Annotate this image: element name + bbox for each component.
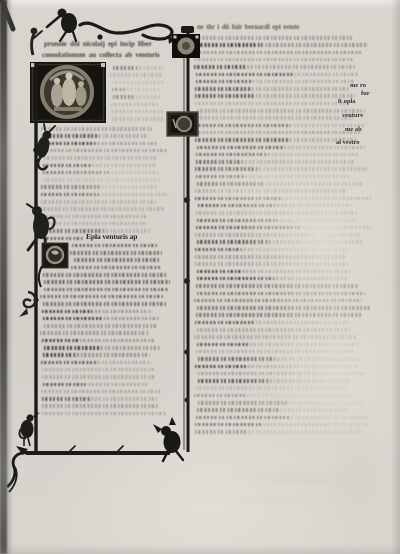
text-line-dark-start: [42, 339, 80, 343]
manuscript-text-line: [194, 335, 357, 339]
legible-word-fragment: me ab: [345, 126, 362, 133]
manuscript-text-line: [195, 167, 368, 171]
rubric-line-2: consolationum au collecta ab venturis: [42, 51, 160, 59]
manuscript-text-line: [198, 357, 362, 361]
parchment-texture: [0, 0, 400, 554]
manuscript-text-line: [195, 423, 370, 427]
manuscript-text-line: [196, 284, 358, 288]
center-bar-initial-top: [172, 34, 200, 58]
manuscript-text-line: [41, 185, 158, 189]
manuscript-photo: pronoie dñi nicolaij epi incip liber con…: [0, 0, 400, 554]
border-creature-upper-icon: [35, 124, 55, 169]
text-line-dark-start: [44, 346, 99, 350]
text-line-dark-start: [42, 397, 90, 401]
manuscript-text-line: [41, 142, 157, 146]
text-line-dark-start: [195, 197, 281, 201]
top-drollery-trumpeter-icon: [47, 9, 176, 45]
manuscript-text-line: [196, 51, 362, 55]
manuscript-text-line: [195, 138, 356, 142]
manuscript-text-line: [196, 350, 354, 354]
manuscript-text-line: [197, 270, 352, 274]
manuscript-text-line: [42, 310, 152, 314]
bottom-border-bar: [7, 437, 179, 492]
manuscript-text-line: [41, 390, 161, 394]
manuscript-text-line: [197, 43, 368, 47]
manuscript-text-line: [195, 131, 361, 135]
text-line-dark-start: [196, 160, 242, 164]
text-line-dark-start: [198, 379, 268, 383]
left-text-column: [0, 0, 400, 554]
text-line-dark-start: [198, 204, 275, 208]
right-column-header: ne thr i dñ fuir bernardi epi estote: [197, 24, 299, 31]
manuscript-text-line: [196, 226, 372, 230]
manuscript-text-line: [44, 324, 158, 328]
left-column-incipit: Epła venturis ap: [86, 232, 137, 241]
manuscript-text-line: [42, 397, 156, 401]
manuscript-text-line: [198, 372, 364, 376]
manuscript-text-line: [71, 266, 163, 270]
text-line-dark-start: [196, 416, 289, 420]
manuscript-text-line: [195, 248, 349, 252]
manuscript-text-line: [194, 394, 353, 398]
text-line-dark-start: [113, 95, 134, 99]
text-line-dark-start: [197, 240, 270, 244]
text-line-dark-start: [195, 321, 256, 325]
manuscript-text-line: [42, 412, 166, 416]
manuscript-text-line: [197, 219, 358, 223]
text-line-dark-start: [195, 365, 245, 369]
manuscript-text-line: [42, 339, 156, 343]
manuscript-text-line: [40, 331, 148, 335]
manuscript-text-line: [42, 368, 155, 372]
text-line-dark-start: [196, 175, 244, 179]
text-line-dark-start: [41, 193, 99, 197]
manuscript-text-line: [195, 102, 349, 106]
text-line-dark-start: [42, 310, 93, 314]
text-line-dark-start: [41, 361, 96, 365]
text-line-dark-start: [195, 423, 263, 427]
manuscript-text-line: [196, 153, 359, 157]
manuscript-text-line: [43, 149, 168, 153]
manuscript-text-line: [110, 73, 162, 77]
manuscript-text-line: [43, 164, 155, 168]
manuscript-text-line: [43, 171, 159, 175]
text-line-dark-start: [195, 94, 256, 98]
manuscript-text-line: [196, 175, 350, 179]
legible-word-fragment: venture: [342, 112, 363, 119]
manuscript-text-line: [197, 182, 363, 186]
manuscript-text-line: [197, 408, 347, 412]
manuscript-text-line: [43, 302, 166, 306]
manuscript-text-line: [196, 160, 355, 164]
manuscript-text-line: [113, 66, 164, 70]
text-line-dark-start: [43, 164, 91, 168]
manuscript-text-line: [112, 117, 164, 121]
manuscript-text-line: [195, 58, 353, 62]
manuscript-text-line: [195, 87, 349, 91]
border-decoration-art: [0, 0, 400, 554]
text-line-dark-start: [198, 401, 288, 405]
manuscript-text-line: [43, 353, 151, 357]
text-line-dark-start: [42, 134, 97, 138]
manuscript-text-line: [197, 240, 362, 244]
text-line-dark-start: [113, 66, 137, 70]
right-text-column: [0, 0, 400, 554]
manuscript-text-line: [197, 292, 366, 296]
manuscript-text-line: [42, 215, 148, 219]
manuscript-text-line: [42, 134, 148, 138]
text-line-dark-start: [197, 270, 242, 274]
manuscript-text-line: [41, 200, 156, 204]
text-line-dark-start: [197, 277, 274, 281]
manuscript-text-line: [112, 110, 165, 114]
manuscript-text-line: [195, 365, 357, 369]
text-line-dark-start: [195, 124, 290, 128]
text-line-dark-start: [197, 182, 265, 186]
manuscript-text-line: [197, 277, 348, 281]
manuscript-text-line: [112, 88, 161, 92]
text-line-dark-start: [41, 185, 102, 189]
manuscript-text-line: [42, 404, 158, 408]
text-line-dark-start: [196, 80, 252, 84]
manuscript-text-line: [197, 146, 365, 150]
photo-left-gutter-fade: [7, 0, 13, 554]
manuscript-text-line: [41, 361, 151, 365]
text-line-dark-start: [195, 248, 241, 252]
text-line-dark-start: [196, 73, 294, 77]
historiated-initial-miniature: [30, 62, 106, 123]
text-line-dark-start: [197, 146, 283, 150]
text-line-dark-start: [196, 153, 266, 157]
manuscript-text-line: [196, 80, 355, 84]
manuscript-text-line: [195, 233, 360, 237]
border-creature-lower-icon: [27, 204, 55, 251]
photo-left-gutter-shadow: [0, 0, 7, 554]
text-line-dark-start: [194, 65, 245, 69]
text-line-dark-start: [197, 343, 247, 347]
manuscript-text-line: [197, 109, 364, 113]
manuscript-text-line: [44, 288, 168, 292]
text-line-dark-start: [194, 394, 246, 398]
manuscript-text-line: [40, 295, 163, 299]
manuscript-text-line: [198, 204, 351, 208]
manuscript-text-line: [195, 262, 348, 266]
text-line-dark-start: [195, 430, 247, 434]
legible-word-fragment: fur: [361, 90, 370, 97]
text-line-dark-start: [43, 353, 75, 357]
left-margin-figure-icon: [31, 28, 42, 55]
manuscript-text-line: [113, 95, 160, 99]
text-line-dark-start: [198, 357, 275, 361]
text-line-dark-start: [195, 138, 288, 142]
border-scroll-curl-icon: [19, 292, 35, 317]
manuscript-text-line: [196, 416, 368, 420]
manuscript-text-line: [197, 328, 350, 332]
manuscript-text-line: [43, 383, 150, 387]
center-bar-dragon-icon: [153, 417, 183, 461]
manuscript-text-line: [74, 258, 159, 262]
manuscript-text-line: [195, 124, 365, 128]
manuscript-text-line: [195, 94, 356, 98]
manuscript-text-line: [111, 103, 158, 107]
manuscript-text-line: [44, 346, 162, 350]
manuscript-text-line: [41, 222, 148, 226]
manuscript-text-line: [41, 127, 152, 131]
manuscript-text-line: [43, 273, 167, 277]
legible-word-fragment: ſt opła: [338, 98, 356, 105]
manuscript-text-line: [43, 317, 160, 321]
left-column-initial: [39, 243, 68, 287]
manuscript-text-line: [195, 197, 371, 201]
manuscript-text-line: [112, 81, 164, 85]
text-line-dark-start: [41, 142, 95, 146]
manuscript-text-line: [44, 156, 156, 160]
manuscript-text-line: [195, 189, 346, 193]
manuscript-text-line: [195, 255, 347, 259]
manuscript-text-line: [195, 36, 352, 40]
text-line-dark-start: [112, 88, 126, 92]
text-line-dark-start: [195, 87, 250, 91]
text-line-dark-start: [197, 43, 262, 47]
manuscript-text-line: [196, 211, 357, 215]
text-line-dark-start: [43, 171, 111, 175]
manuscript-text-line: [197, 343, 360, 347]
manuscript-text-line: [43, 237, 85, 241]
text-line-dark-start: [197, 219, 277, 223]
manuscript-text-line: [198, 401, 365, 405]
manuscript-text-line: [196, 313, 363, 317]
manuscript-text-line: [194, 65, 355, 69]
manuscript-text-line: [70, 251, 162, 255]
text-line-dark-start: [196, 226, 300, 230]
border-bird-icon: [19, 412, 40, 446]
manuscript-text-line: [195, 321, 350, 325]
manuscript-text-line: [72, 244, 157, 248]
text-line-dark-start: [43, 317, 104, 321]
manuscript-text-line: [44, 280, 170, 284]
center-bar-initial-mid: [167, 112, 198, 136]
manuscript-text-line: [195, 430, 363, 434]
left-border-bar: [33, 63, 39, 452]
legible-word-fragment: al vestro: [336, 139, 360, 146]
text-line-dark-start: [195, 167, 257, 171]
manuscript-text-line: [197, 116, 353, 120]
legible-word-fragment: me ro: [350, 82, 366, 89]
manuscript-text-line: [196, 386, 347, 390]
manuscript-text-line: [196, 73, 360, 77]
manuscript-text-line: [198, 379, 351, 383]
photo-right-edge-shadow: [391, 0, 400, 554]
manuscript-text-line: [194, 299, 362, 303]
manuscript-text-line: [197, 306, 370, 310]
text-beside-miniature: [0, 0, 400, 554]
manuscript-text-line: [42, 375, 157, 379]
center-column-bar: [181, 26, 194, 452]
rubric-line-1: pronoie dñi nicolaij epi incip liber: [44, 40, 152, 48]
manuscript-text-line: [41, 193, 167, 197]
photo-bottom-edge-shadow: [0, 544, 400, 554]
manuscript-text-line: [44, 178, 162, 182]
text-line-dark-start: [197, 408, 280, 412]
faded-parchment-patch: [0, 0, 400, 554]
text-line-dark-start: [43, 383, 86, 387]
manuscript-text-line: [40, 207, 165, 211]
